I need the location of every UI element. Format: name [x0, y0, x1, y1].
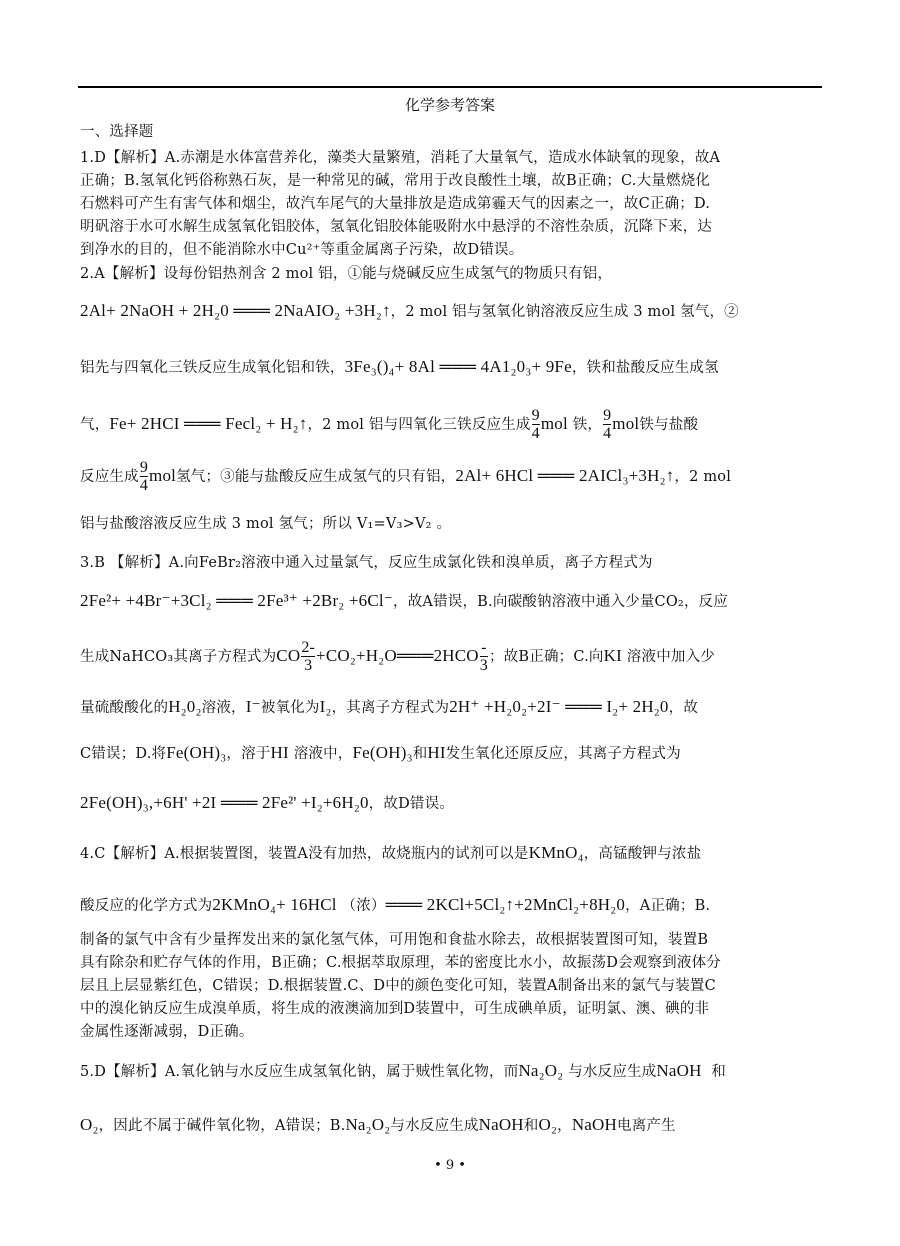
- q4-line-6: 中的溴化钠反应生成溴单质，将生成的液澳滴加到D装置中，可生成碘单质，证明氯、澳、…: [80, 997, 825, 1018]
- page-title: 化学参考答案: [0, 94, 900, 115]
- q3-line-4: 量硫酸酸化的H₂0₂溶液，I⁻被氧化为I₂，其离子方程式为2H⁺ +H₂0₂+2…: [80, 696, 825, 717]
- fraction: 2-3: [301, 640, 315, 674]
- equation: ═══ 2KCl+5Cl₂↑+2MnCl₂+8H₂0: [386, 895, 625, 914]
- fraction: 94: [603, 408, 611, 442]
- page-number: • 9 •: [0, 1158, 900, 1173]
- q3-line-3: 生成NaHCO₃其离子方程式为CO2-3+CO₂+H₂O═══2HCO-3；故B…: [80, 640, 825, 674]
- equation: 2H⁺ +H₂0₂+2I⁻ ═══ I₂+ 2H₂0: [449, 697, 668, 716]
- q2-line-5: 反应生成94mol氢气；③能与盐酸反应生成氢气的只有铝，2Al+ 6HCl ══…: [80, 460, 825, 494]
- q4-line-1: 4.C【解析】A.根据装置图，装置A没有加热，故烧瓶内的试剂可以是KMnO₄，高…: [80, 842, 825, 863]
- section-heading: 一、选择题: [80, 120, 825, 141]
- q1-line-3: 石燃料可产生有害气体和烟尘，故汽车尾气的大量排放是造成第霾天气的因素之一，故C正…: [80, 192, 825, 213]
- q1-line-5: 到净水的目的，但不能消除水中Cu²⁺等重金属离子污染，故D错误。: [80, 238, 825, 259]
- q3-line-1: 3.B 【解析】A.向FeBr₂溶液中通入过量氯气，反应生成氯化铁和溴单质，离子…: [80, 551, 825, 572]
- equation: 2Fe(OH)₃,+6H' +2I ═══ 2Fe²' +I₂+6H₂0: [80, 793, 369, 812]
- fraction: -3: [480, 640, 488, 674]
- q4-line-2: 酸反应的化学方式为2KMnO₄+ 16HCl （浓）═══ 2KCl+5Cl₂↑…: [80, 894, 825, 915]
- equation: Fe+ 2HCI ═══ Fecl₂ + H₂↑: [109, 414, 307, 433]
- q3-line-6: 2Fe(OH)₃,+6H' +2I ═══ 2Fe²' +I₂+6H₂0，故D错…: [80, 792, 825, 813]
- q4-line-3: 制备的氯气中含有少量挥发出来的氯化氢气体，可用饱和食盐水除去，故根据装置图可知，…: [80, 928, 825, 949]
- q2-line-4: 气，Fe+ 2HCI ═══ Fecl₂ + H₂↑，2 mol 铝与四氧化三铁…: [80, 408, 825, 442]
- q1-line-2: 正确；B.氢氧化钙俗称熟石灰，是一种常见的碱，常用于改良酸性土壤，故B正确；C.…: [80, 169, 825, 190]
- q1-line-4: 明矾溶于水可水解生成氢氧化铝胶体，氢氧化铝胶体能吸附水中悬浮的不溶性杂质，沉降下…: [80, 215, 825, 236]
- q3-line-2: 2Fe²+ +4Br⁻+3Cl₂ ═══ 2Fe³⁺ +2Br₂ +6Cl⁻，故…: [80, 590, 825, 611]
- fraction: 94: [532, 408, 540, 442]
- fraction: 94: [140, 460, 148, 494]
- q2-line-3: 铝先与四氧化三铁反应生成氧化铝和铁，3Fe₃()₄+ 8Al ═══ 4A1₂0…: [80, 356, 825, 377]
- q1-line-1: 1.D【解析】A.赤潮是水体富营养化，藻类大量繁殖，消耗了大量氧气，造成水体缺氧…: [80, 146, 825, 167]
- equation: 2Al+ 6HCl ═══ 2AICl₃+3H₂↑: [455, 466, 674, 485]
- q4-line-7: 金属性逐渐减弱，D正确。: [80, 1020, 825, 1041]
- q4-line-4: 具有除杂和贮存气体的作用，B正确；C.根据萃取原理，苯的密度比水小，故振荡D会观…: [80, 951, 825, 972]
- q4-line-5: 层且上层显紫红色，C错误；D.根据装置.C、D中的颜色变化可知，装置A制备出来的…: [80, 974, 825, 995]
- equation: 2Al+ 2NaOH + 2H₂0 ═══ 2NaAIO₂ +3H₂↑: [80, 301, 391, 320]
- equation: 2Fe²+ +4Br⁻+3Cl₂ ═══ 2Fe³⁺ +2Br₂ +6Cl⁻: [80, 591, 393, 610]
- q5-line-2: O₂，因此不属于碱件氧化物，A错误；B.Na₂O₂与水反应生成NaOH和O₂，N…: [80, 1114, 825, 1135]
- q2-line-6: 铝与盐酸溶液反应生成 3 mol 氢气；所以 V₁=V₃>V₂ 。: [80, 512, 825, 533]
- equation: 3Fe₃()₄+ 8Al ═══ 4A1₂0₃+ 9Fe: [345, 357, 572, 376]
- header-rule: [78, 86, 822, 88]
- q3-line-5: C错误；D.将Fe(OH)₃，溶于HI 溶液中，Fe(OH)₃和HI发生氧化还原…: [80, 742, 825, 763]
- q5-line-1: 5.D【解析】A.氧化钠与水反应生成氢氧化钠，属于贼性氧化物，而Na₂O₂ 与水…: [80, 1060, 825, 1081]
- q2-line-2: 2Al+ 2NaOH + 2H₂0 ═══ 2NaAIO₂ +3H₂↑，2 mo…: [80, 300, 825, 321]
- q2-line-1: 2.A【解析】设每份铝热剂含 2 mol 铝，①能与烧碱反应生成氢气的物质只有铝…: [80, 262, 825, 283]
